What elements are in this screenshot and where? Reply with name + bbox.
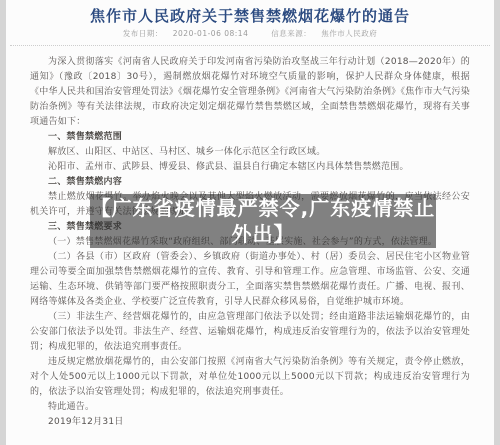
article-paragraph: （三）非法生产、经营烟花爆竹的，由应急管理部门依法予以处罚；经由道路非法运输烟花… — [30, 310, 470, 355]
article-paragraph: 特此通告。 — [30, 400, 470, 415]
section-heading: 一、禁售禁燃范围 — [30, 130, 470, 145]
overlay-banner: 【广东省疫情最严禁令,广东疫情禁止外出】 — [90, 194, 436, 248]
document-meta: 发布日期：2020-01-06 08:14 信息来源：焦作市人民政府 — [6, 28, 494, 39]
publish-date: 发布日期：2020-01-06 08:14 — [118, 29, 254, 38]
article-paragraph: 违反规定燃放烟花爆竹的，由公安部门按照《河南省大气污染防治条例》等有关规定，责令… — [30, 355, 470, 400]
section-heading: 二、禁售禁燃内容 — [30, 175, 470, 190]
document-header: 焦作市人民政府关于禁售禁燃烟花爆竹的通告 发布日期：2020-01-06 08:… — [6, 0, 494, 46]
article-paragraph: 2019年12月31日 — [30, 415, 470, 430]
article-paragraph: 沁阳市、孟州市、武陟县、博爱县、修武县、温县自行确定本辖区内具体禁售禁燃范围。 — [30, 160, 470, 175]
page-title: 焦作市人民政府关于禁售禁燃烟花爆竹的通告 — [6, 7, 494, 25]
article-paragraph: （二）各县（市）区政府（管委会）、乡镇政府（街道办事处）、村（居）委员会、居民住… — [30, 250, 470, 310]
page-root: { "page": { "outer_background": "#d5d5d5… — [0, 0, 500, 445]
info-source: 信息来源：焦作市人民政府 — [266, 29, 382, 38]
article-paragraph: 解放区、山阳区、中站区、马村区、城乡一体化示范区全行政区域。 — [30, 145, 470, 160]
article-paragraph: 为深入贯彻落实《河南省人民政府关于印发河南省污染防治攻坚战三年行动计划（2018… — [30, 55, 470, 130]
